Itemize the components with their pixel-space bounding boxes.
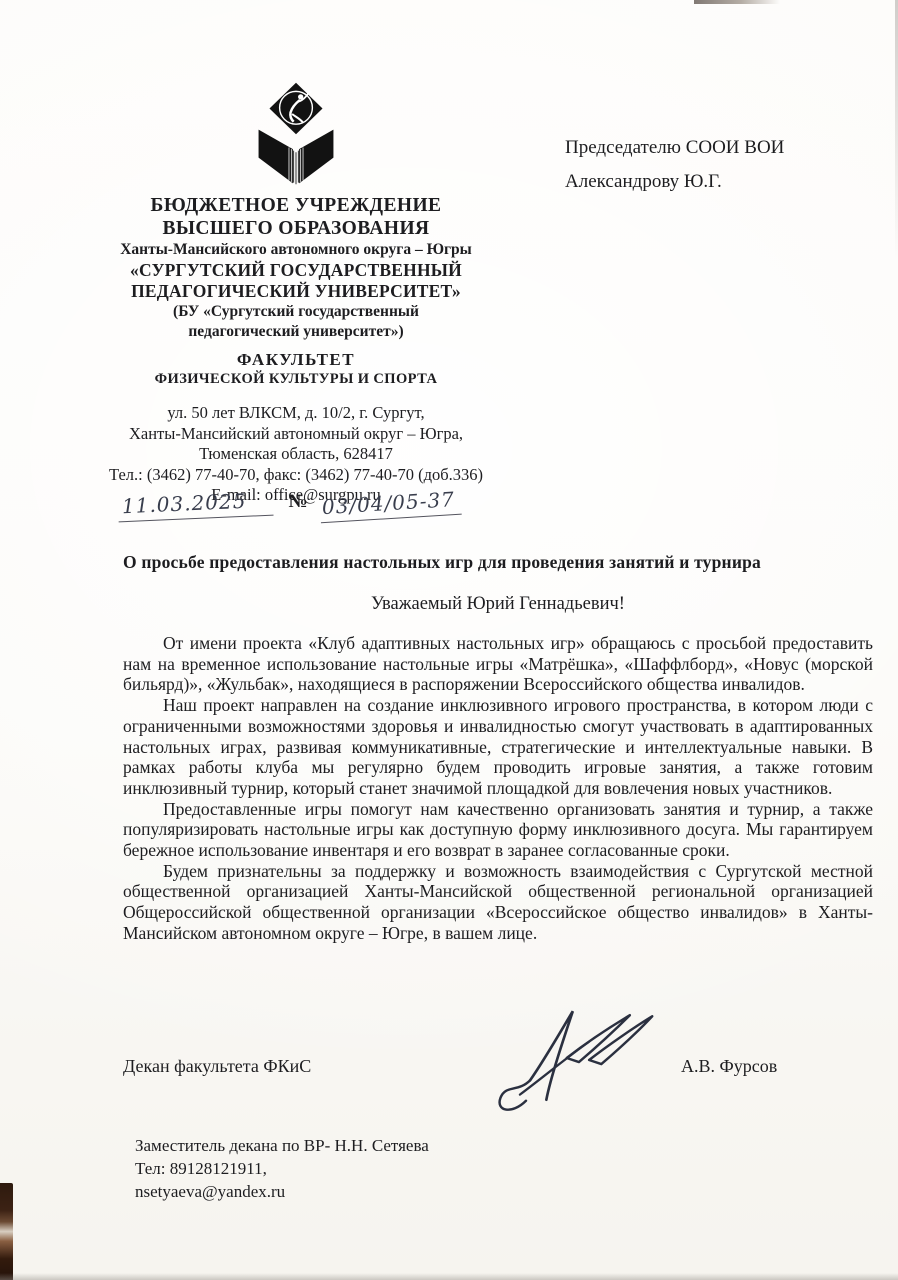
org-short-name-line1: (БУ «Сургутский государственный — [70, 302, 522, 322]
subject-line: О просьбе предоставления настольных игр … — [123, 552, 878, 573]
letterhead-block: БЮДЖЕТНОЕ УЧРЕЖДЕНИЕ ВЫСШЕГО ОБРАЗОВАНИЯ… — [70, 82, 522, 506]
salutation-line: Уважаемый Юрий Геннадьевич! — [123, 594, 873, 615]
footer-email-line: nsetyaeva@yandex.ru — [135, 1180, 429, 1203]
contact-footer: Заместитель декана по ВР- Н.Н. Сетяева Т… — [135, 1134, 429, 1203]
signatory-position: Декан факультета ФКиС — [123, 1056, 311, 1077]
org-name-line1: «СУРГУТСКИЙ ГОСУДАРСТВЕННЫЙ — [70, 260, 522, 281]
scan-artifact-bottom-band — [0, 1273, 898, 1280]
faculty-line2: ФИЗИЧЕСКОЙ КУЛЬТУРЫ И СПОРТА — [70, 370, 522, 389]
address-line3: Тюменская область, 628417 — [70, 444, 522, 465]
reference-row: 11.03.2025№03/04/05-37 — [118, 491, 578, 519]
scanned-letter-page: БЮДЖЕТНОЕ УЧРЕЖДЕНИЕ ВЫСШЕГО ОБРАЗОВАНИЯ… — [0, 0, 898, 1280]
org-region-line: Ханты-Мансийского автономного округа – Ю… — [70, 240, 522, 260]
letter-body: От имени проекта «Клуб адаптивных настол… — [123, 633, 873, 944]
org-name-line2: ПЕДАГОГИЧЕСКИЙ УНИВЕРСИТЕТ» — [70, 281, 522, 302]
org-short-name-line2: педагогический университет») — [70, 322, 522, 342]
recipient-block: Председателю СООИ ВОИ Александрову Ю.Г. — [565, 131, 784, 198]
deputy-dean-line: Заместитель декана по ВР- Н.Н. Сетяева — [135, 1134, 429, 1157]
faculty-line1: ФАКУЛЬТЕТ — [70, 350, 522, 370]
body-paragraph-2: Наш проект направлен на создание инклюзи… — [123, 695, 873, 799]
footer-phone-line: Тел: 89128121911, — [135, 1157, 429, 1180]
body-paragraph-4: Будем признательны за поддержку и возмож… — [123, 861, 873, 944]
scan-artifact-top-edge — [694, 0, 780, 4]
recipient-title: Председателю СООИ ВОИ — [565, 131, 784, 165]
number-sign: № — [289, 491, 308, 512]
body-paragraph-3: Предоставленные игры помогут нам качеств… — [123, 799, 873, 861]
org-type-line1: БЮДЖЕТНОЕ УЧРЕЖДЕНИЕ — [70, 194, 522, 217]
address-line1: ул. 50 лет ВЛКСМ, д. 10/2, г. Сургут, — [70, 403, 522, 424]
handwritten-signature-icon — [478, 1003, 688, 1115]
body-paragraph-1: От имени проекта «Клуб адаптивных настол… — [123, 633, 873, 695]
recipient-name: Александрову Ю.Г. — [565, 165, 784, 199]
scan-artifact-bottom-left-strip — [0, 1183, 13, 1280]
handwritten-date: 11.03.2025 — [117, 488, 273, 523]
phone-fax-line: Тел.: (3462) 77-40-70, факс: (3462) 77-4… — [70, 465, 522, 486]
handwritten-number: 03/04/05-37 — [319, 487, 461, 524]
org-type-line2: ВЫСШЕГО ОБРАЗОВАНИЯ — [70, 217, 522, 240]
address-line2: Ханты-Мансийский автономный округ – Югра… — [70, 424, 522, 445]
signatory-name: А.В. Фурсов — [681, 1056, 777, 1077]
university-logo-icon — [70, 82, 522, 194]
